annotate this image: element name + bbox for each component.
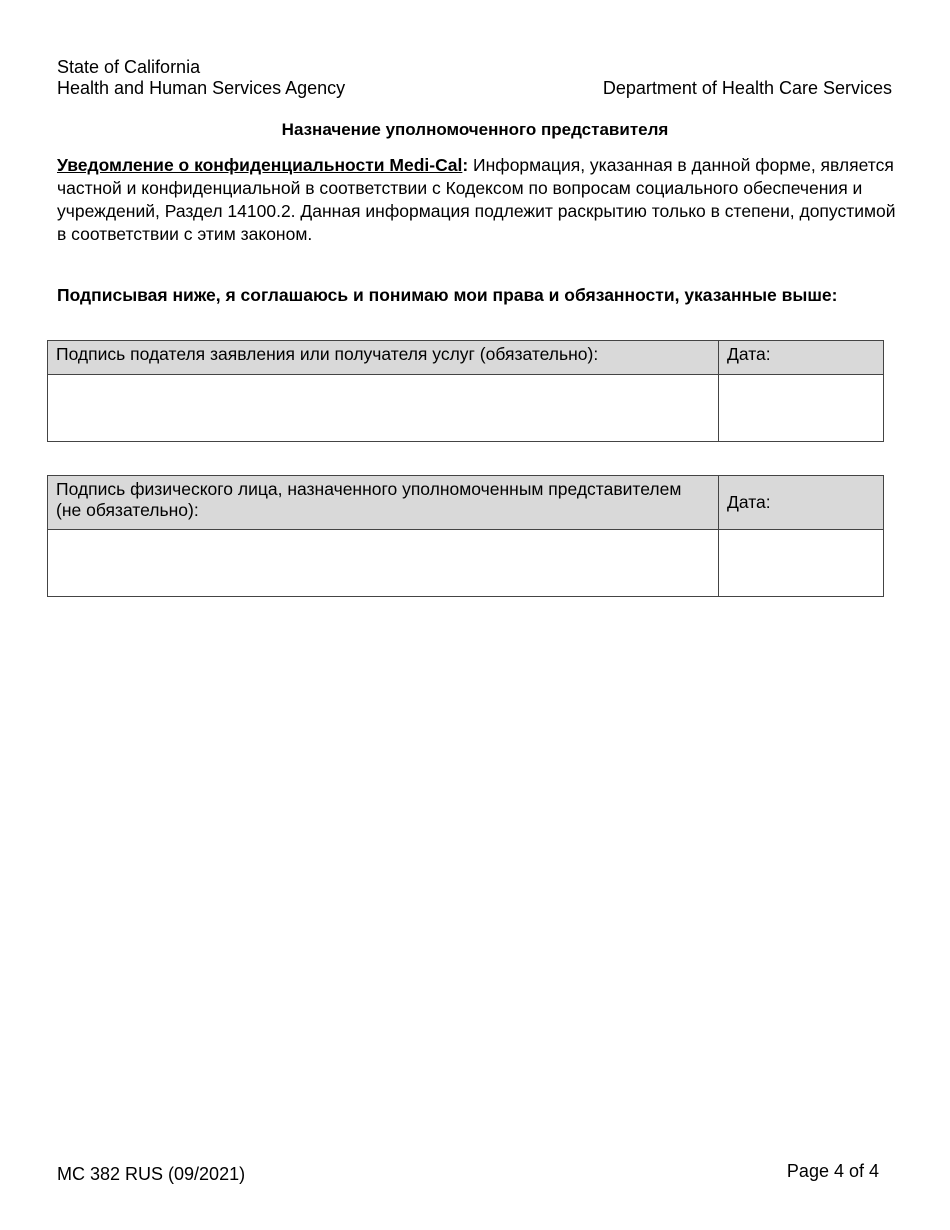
applicant-date-label: Дата: <box>719 341 884 375</box>
agency-header: State of California Health and Human Ser… <box>57 57 345 99</box>
department-name: Department of Health Care Services <box>603 78 892 99</box>
applicant-signature-table: Подпись подателя заявления или получател… <box>47 340 884 442</box>
page-number: Page 4 of 4 <box>787 1161 879 1182</box>
applicant-signature-field[interactable] <box>48 375 719 442</box>
applicant-date-field[interactable] <box>719 375 884 442</box>
applicant-signature-label: Подпись подателя заявления или получател… <box>48 341 719 375</box>
representative-date-label: Дата: <box>719 476 884 530</box>
representative-signature-field[interactable] <box>48 530 719 597</box>
form-id: MC 382 RUS (09/2021) <box>57 1164 245 1185</box>
representative-signature-table: Подпись физического лица, назначенного у… <box>47 475 884 597</box>
agency-name: Health and Human Services Agency <box>57 78 345 99</box>
representative-date-field[interactable] <box>719 530 884 597</box>
confidentiality-notice: Уведомление о конфиденциальности Medi-Ca… <box>57 154 907 246</box>
agreement-statement: Подписывая ниже, я соглашаюсь и понимаю … <box>57 284 887 307</box>
representative-signature-label: Подпись физического лица, назначенного у… <box>48 476 719 530</box>
page-title: Назначение уполномоченного представителя <box>0 120 950 140</box>
agency-state: State of California <box>57 57 345 78</box>
notice-heading: Уведомление о конфиденциальности Medi-Ca… <box>57 155 462 175</box>
